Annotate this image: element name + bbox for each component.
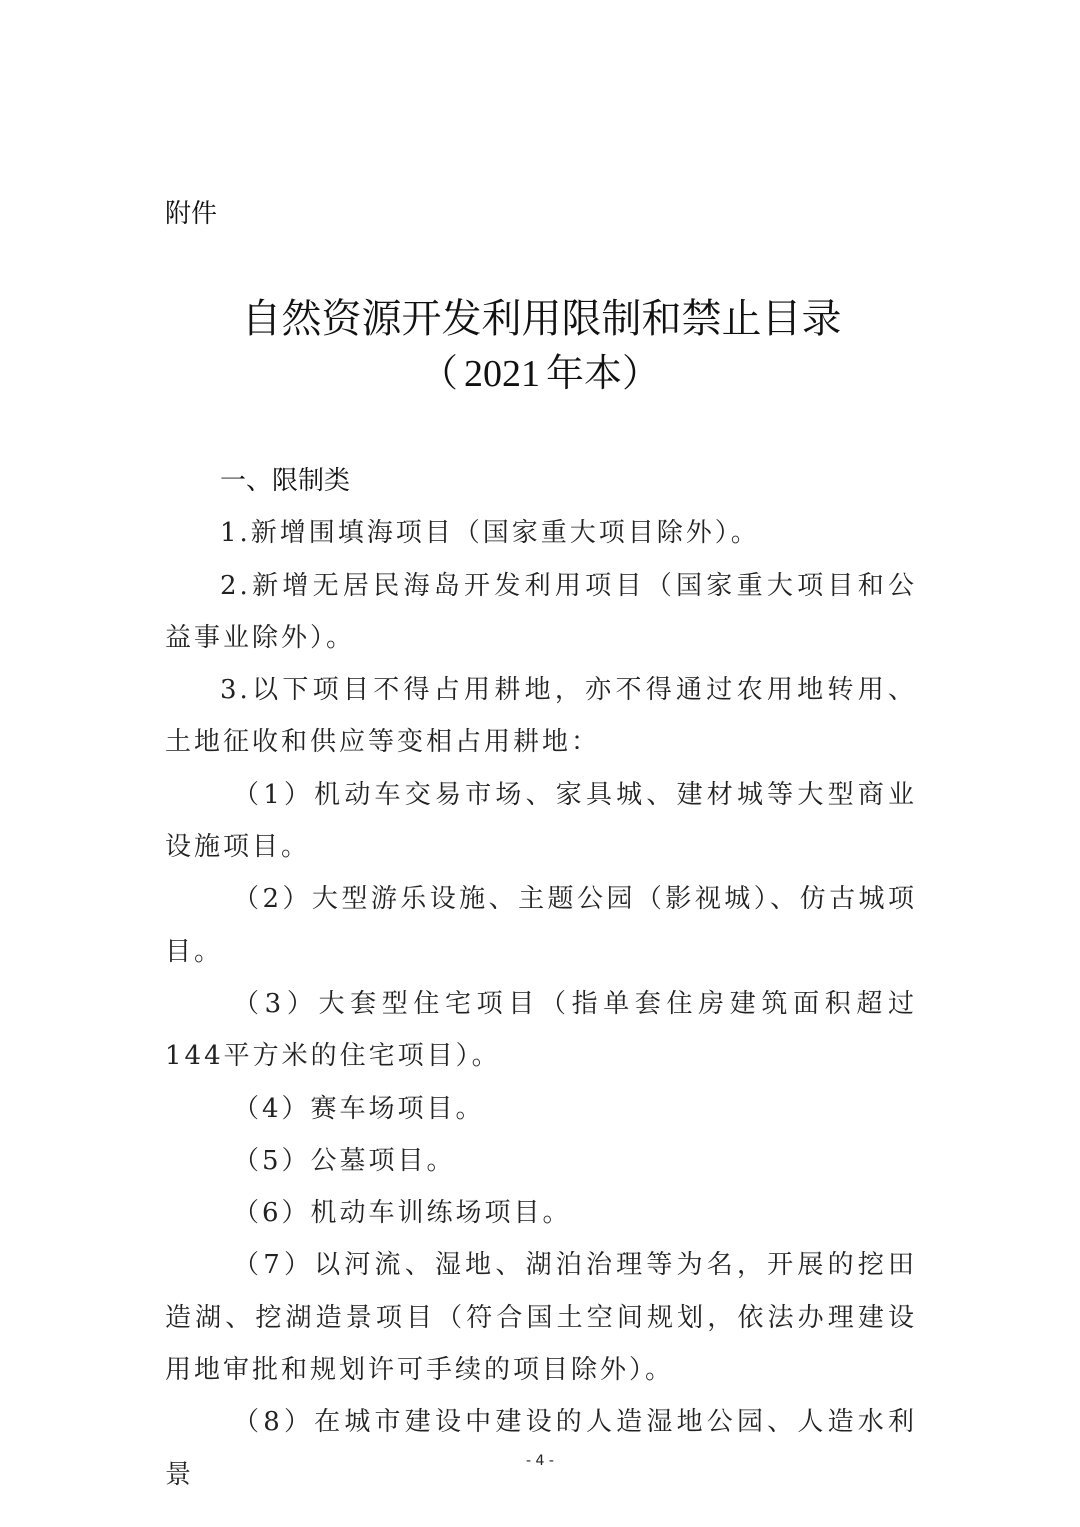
section-heading: 一、限制类 [165,455,917,507]
title-block: 自然资源开发利用限制和禁止目录 （2021年本） [0,292,1080,401]
sub-item-5: （5）公墓项目。 [165,1135,917,1187]
subtitle-close-paren: ） [622,353,660,395]
subtitle-suffix: 年本 [546,351,622,395]
subtitle-open-paren: （ [420,353,458,395]
attachment-label: 附件 [165,196,217,232]
sub-item-3: （3）大套型住宅项目（指单套住房建筑面积超过144平方米的住宅项目）。 [165,978,917,1083]
document-subtitle: （2021年本） [0,346,1080,401]
sub-item-1: （1）机动车交易市场、家具城、建材城等大型商业设施项目。 [165,769,917,874]
list-item-2: 2.新增无居民海岛开发利用项目（国家重大项目和公益事业除外）。 [165,560,917,665]
document-title: 自然资源开发利用限制和禁止目录 [3,292,1080,346]
document-page: 附件 自然资源开发利用限制和禁止目录 （2021年本） 一、限制类 1.新增围填… [0,0,1080,1527]
sub-item-8: （8）在城市建设中建设的人造湿地公园、人造水利景 [165,1396,917,1501]
list-item-3: 3.以下项目不得占用耕地，亦不得通过农用地转用、土地征收和供应等变相占用耕地： [165,664,917,769]
sub-item-7: （7）以河流、湿地、湖泊治理等为名，开展的挖田造湖、挖湖造景项目（符合国土空间规… [165,1239,917,1396]
document-body: 一、限制类 1.新增围填海项目（国家重大项目除外）。 2.新增无居民海岛开发利用… [165,455,917,1501]
subtitle-year: 2021 [464,353,540,395]
sub-item-4: （4）赛车场项目。 [165,1083,917,1135]
sub-item-6: （6）机动车训练场项目。 [165,1187,917,1239]
sub-item-2: （2）大型游乐设施、主题公园（影视城）、仿古城项目。 [165,873,917,978]
page-number: - 4 - [0,1453,1080,1469]
list-item-1: 1.新增围填海项目（国家重大项目除外）。 [165,507,917,559]
